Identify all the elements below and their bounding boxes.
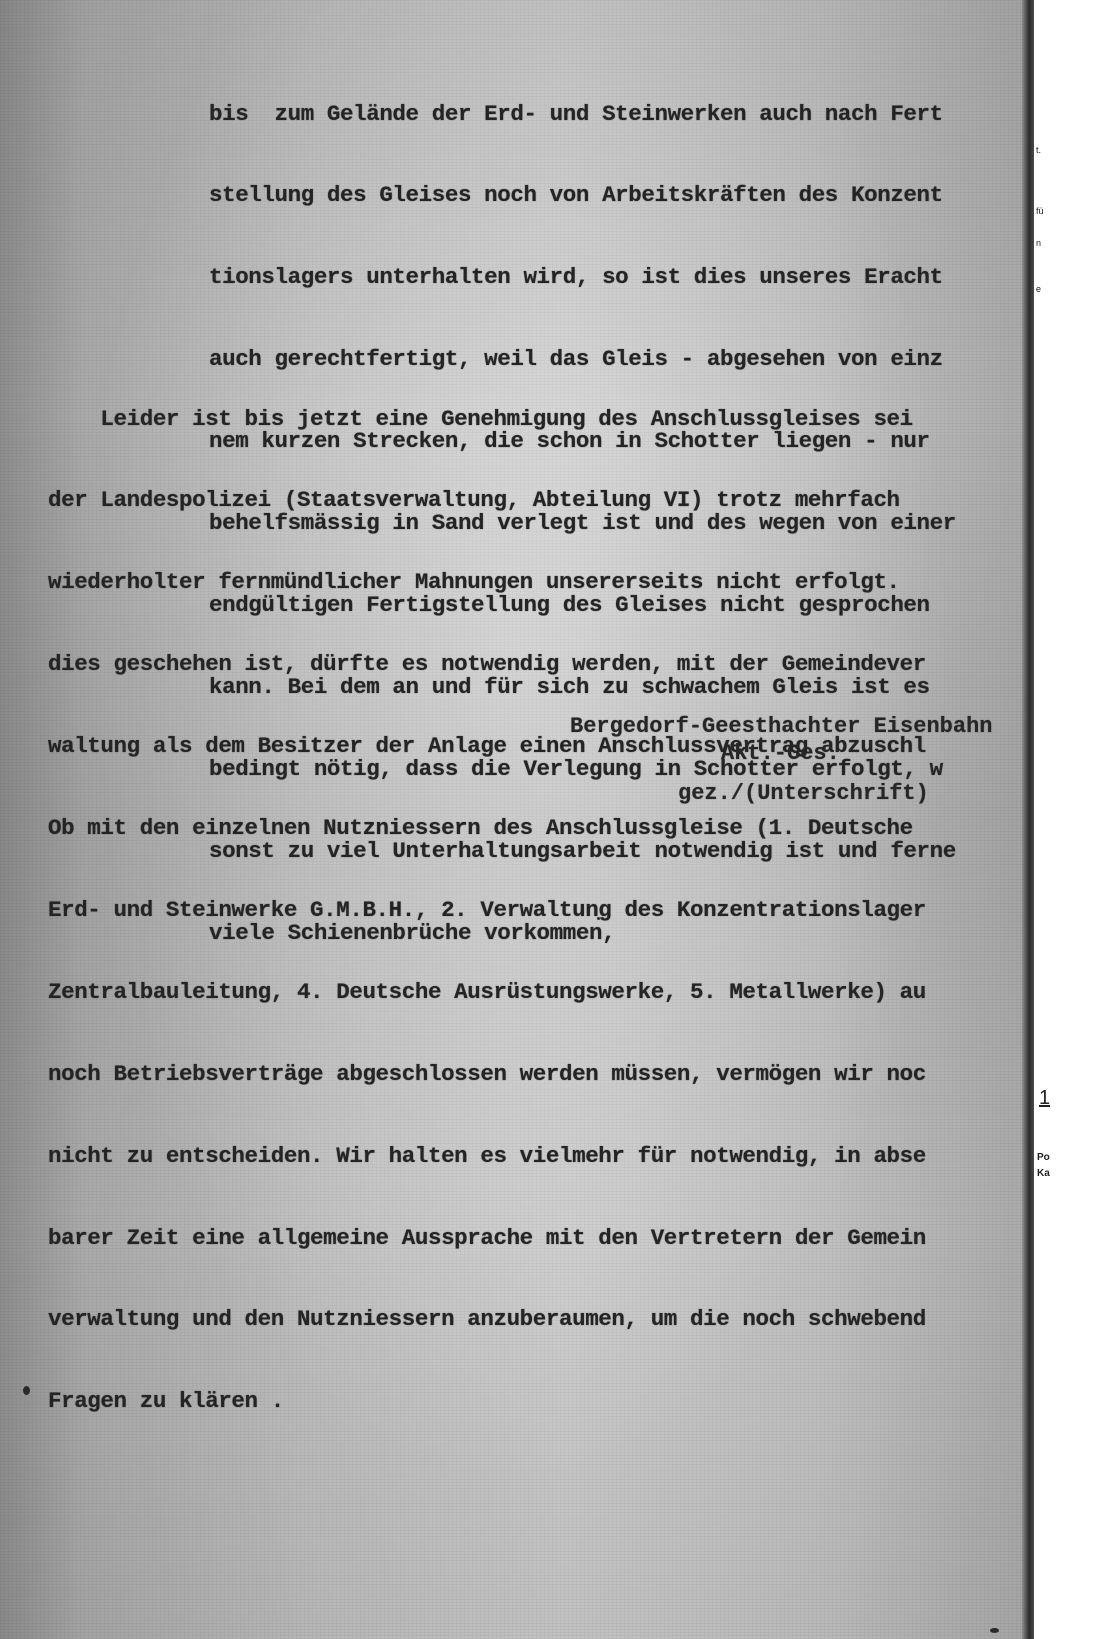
text-line: barer Zeit eine allgemeine Aussprache mi… <box>48 1225 926 1252</box>
text-line: noch Betriebsverträge abgeschlossen werd… <box>48 1061 926 1088</box>
signature-signed-note: gez./(Unterschrift) <box>678 780 929 807</box>
adjacent-page-text-fragment: Po <box>1037 1152 1050 1163</box>
adjacent-page-strip: t. fü n e 1 Po Ka <box>1034 0 1098 1639</box>
signature-company: Bergedorf-Geesthachter Eisenbahn <box>570 713 992 740</box>
ink-speck <box>23 1386 30 1395</box>
text-line: dies geschehen ist, dürfte es notwendig … <box>48 651 926 678</box>
margin-fragment: t. <box>1036 145 1041 155</box>
ink-speck <box>597 917 600 920</box>
text-line: Zentralbauleitung, 4. Deutsche Ausrüstun… <box>48 979 926 1006</box>
paragraph-2: Leider ist bis jetzt eine Genehmigung de… <box>48 351 926 1470</box>
text-line: Leider ist bis jetzt eine Genehmigung de… <box>48 406 926 433</box>
text-line: Fragen zu klären . <box>48 1388 926 1415</box>
adjacent-page-number: 1 <box>1039 1087 1050 1110</box>
page-edge-shadow <box>1022 0 1034 1639</box>
margin-fragment: e <box>1036 284 1041 294</box>
text-line: verwaltung und den Nutzniessern anzubera… <box>48 1306 926 1333</box>
scanned-page: bis zum Gelände der Erd- und Steinwerken… <box>0 0 1030 1639</box>
text-line: wiederholter fernmündlicher Mahnungen un… <box>48 569 926 596</box>
margin-fragment: fü <box>1036 206 1044 216</box>
text-line: der Landespolizei (Staatsverwaltung, Abt… <box>48 487 926 514</box>
text-line: stellung des Gleises noch von Arbeitskrä… <box>209 182 956 209</box>
text-line: tionslagers unterhalten wird, so ist die… <box>209 264 956 291</box>
text-line: bis zum Gelände der Erd- und Steinwerken… <box>209 101 956 128</box>
adjacent-page-text-fragment: Ka <box>1037 1168 1050 1179</box>
margin-fragment: n <box>1036 238 1041 248</box>
text-line: Erd- und Steinwerke G.M.B.H., 2. Verwalt… <box>48 897 926 924</box>
ink-speck <box>990 1628 999 1633</box>
signature-legal-form: Akt.-Ges. <box>721 740 840 767</box>
text-line: nicht zu entscheiden. Wir halten es viel… <box>48 1143 926 1170</box>
text-line: Ob mit den einzelnen Nutzniessern des An… <box>48 815 926 842</box>
